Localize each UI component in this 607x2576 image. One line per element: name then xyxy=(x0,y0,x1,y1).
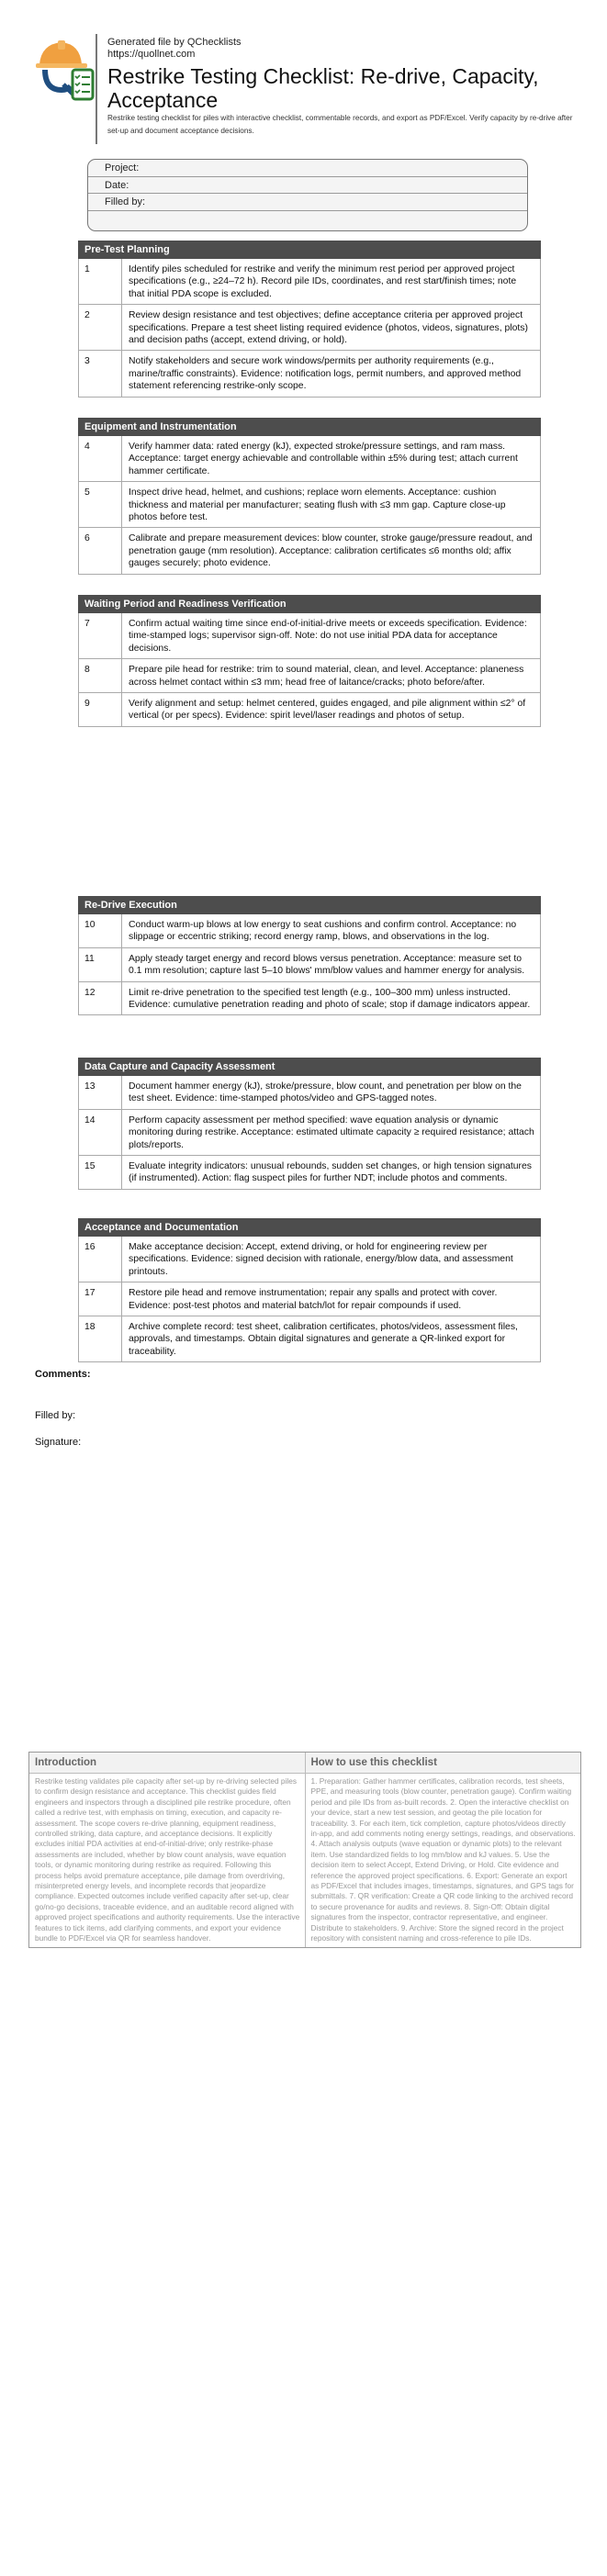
item-number: 9 xyxy=(79,693,122,726)
item-number: 10 xyxy=(79,914,122,947)
project-field[interactable]: Project: xyxy=(88,160,527,177)
section-acceptance-documentation: Acceptance and Documentation16Make accep… xyxy=(78,1218,541,1362)
item-number: 2 xyxy=(79,305,122,350)
section-header: Data Capture and Capacity Assessment xyxy=(78,1058,541,1076)
filled-by-field[interactable]: Filled by: xyxy=(88,194,527,211)
section-pre-test-planning: Pre-Test Planning1Identify piles schedul… xyxy=(78,241,541,398)
item-text: Calibrate and prepare measurement device… xyxy=(122,528,540,573)
item-number: 15 xyxy=(79,1156,122,1189)
item-number: 5 xyxy=(79,482,122,527)
checklist-item[interactable]: 9Verify alignment and setup: helmet cent… xyxy=(78,693,541,727)
how-to-use-text: 1. Preparation: Gather hammer certificat… xyxy=(306,1774,581,1947)
filled-by-label: Filled by: xyxy=(105,196,145,207)
item-text: Verify hammer data: rated energy (kJ), e… xyxy=(122,436,540,481)
section-data-capture-capacity: Data Capture and Capacity Assessment13Do… xyxy=(78,1058,541,1190)
item-text: Notify stakeholders and secure work wind… xyxy=(122,351,540,396)
item-number: 16 xyxy=(79,1237,122,1282)
date-label: Date: xyxy=(105,180,129,191)
checklist-item[interactable]: 3Notify stakeholders and secure work win… xyxy=(78,351,541,397)
item-text: Evaluate integrity indicators: unusual r… xyxy=(122,1156,540,1189)
checklist-item[interactable]: 5Inspect drive head, helmet, and cushion… xyxy=(78,482,541,528)
extra-field[interactable] xyxy=(88,211,527,228)
introduction-panel: Introduction Restrike testing validates … xyxy=(29,1753,306,1947)
item-number: 13 xyxy=(79,1076,122,1109)
checklist-item[interactable]: 1Identify piles scheduled for restrike a… xyxy=(78,259,541,305)
section-equipment-instrumentation: Equipment and Instrumentation4Verify ham… xyxy=(78,418,541,575)
checklist-item[interactable]: 2Review design resistance and test objec… xyxy=(78,305,541,351)
item-number: 3 xyxy=(79,351,122,396)
introduction-text: Restrike testing validates pile capacity… xyxy=(29,1774,305,1947)
date-field[interactable]: Date: xyxy=(88,177,527,195)
page-title: Restrike Testing Checklist: Re-drive, Ca… xyxy=(107,64,576,112)
section-header: Re-Drive Execution xyxy=(78,896,541,914)
how-to-use-panel: How to use this checklist 1. Preparation… xyxy=(306,1753,581,1947)
item-text: Perform capacity assessment per method s… xyxy=(122,1110,540,1155)
item-number: 7 xyxy=(79,613,122,658)
qchecklists-logo-icon xyxy=(32,37,96,101)
section-header: Pre-Test Planning xyxy=(78,241,541,259)
item-number: 6 xyxy=(79,528,122,573)
checklist-item[interactable]: 7Confirm actual waiting time since end-o… xyxy=(78,613,541,659)
page-description: Restrike testing checklist for piles wit… xyxy=(107,112,576,138)
checklist-item[interactable]: 6Calibrate and prepare measurement devic… xyxy=(78,528,541,574)
checklist-item[interactable]: 8Prepare pile head for restrike: trim to… xyxy=(78,659,541,693)
section-re-drive-execution: Re-Drive Execution10Conduct warm-up blow… xyxy=(78,896,541,1015)
item-number: 4 xyxy=(79,436,122,481)
filled-by-signoff-label: Filled by: xyxy=(35,1410,75,1421)
comments-label: Comments: xyxy=(35,1369,91,1380)
item-text: Apply steady target energy and record bl… xyxy=(122,948,540,981)
section-waiting-period-readiness: Waiting Period and Readiness Verificatio… xyxy=(78,595,541,727)
item-text: Review design resistance and test object… xyxy=(122,305,540,350)
item-text: Confirm actual waiting time since end-of… xyxy=(122,613,540,658)
checklist-item[interactable]: 12Limit re-drive penetration to the spec… xyxy=(78,982,541,1016)
checklist-item[interactable]: 10Conduct warm-up blows at low energy to… xyxy=(78,914,541,948)
checklist-item[interactable]: 17Restore pile head and remove instrumen… xyxy=(78,1282,541,1316)
checklist-item[interactable]: 4Verify hammer data: rated energy (kJ), … xyxy=(78,436,541,482)
item-number: 17 xyxy=(79,1282,122,1316)
checklist-item[interactable]: 15Evaluate integrity indicators: unusual… xyxy=(78,1156,541,1190)
item-text: Document hammer energy (kJ), stroke/pres… xyxy=(122,1076,540,1109)
item-text: Prepare pile head for restrike: trim to … xyxy=(122,659,540,692)
how-to-use-heading: How to use this checklist xyxy=(306,1753,581,1774)
document-fields-box: Project: Date: Filled by: xyxy=(87,159,528,231)
item-text: Limit re-drive penetration to the specif… xyxy=(122,982,540,1015)
item-text: Archive complete record: test sheet, cal… xyxy=(122,1316,540,1361)
item-text: Identify piles scheduled for restrike an… xyxy=(122,259,540,304)
item-number: 1 xyxy=(79,259,122,304)
checklist-item[interactable]: 14Perform capacity assessment per method… xyxy=(78,1110,541,1156)
generated-by-text: Generated file by QChecklists xyxy=(107,37,576,49)
header-divider xyxy=(96,34,97,144)
project-label: Project: xyxy=(105,162,139,174)
item-text: Inspect drive head, helmet, and cushions… xyxy=(122,482,540,527)
item-text: Make acceptance decision: Accept, extend… xyxy=(122,1237,540,1282)
item-text: Conduct warm-up blows at low energy to s… xyxy=(122,914,540,947)
checklist-item[interactable]: 16Make acceptance decision: Accept, exte… xyxy=(78,1237,541,1282)
checklist-item[interactable]: 11Apply steady target energy and record … xyxy=(78,948,541,982)
item-number: 12 xyxy=(79,982,122,1015)
introduction-heading: Introduction xyxy=(29,1753,305,1774)
item-number: 18 xyxy=(79,1316,122,1361)
item-number: 14 xyxy=(79,1110,122,1155)
signature-label: Signature: xyxy=(35,1437,81,1448)
section-header: Equipment and Instrumentation xyxy=(78,418,541,436)
item-text: Verify alignment and setup: helmet cente… xyxy=(122,693,540,726)
checklist-item[interactable]: 13Document hammer energy (kJ), stroke/pr… xyxy=(78,1076,541,1110)
checklist-item[interactable]: 18Archive complete record: test sheet, c… xyxy=(78,1316,541,1362)
info-box: Introduction Restrike testing validates … xyxy=(28,1752,581,1948)
item-number: 8 xyxy=(79,659,122,692)
section-header: Acceptance and Documentation xyxy=(78,1218,541,1237)
source-url-link[interactable]: https://quollnet.com xyxy=(107,49,576,61)
section-header: Waiting Period and Readiness Verificatio… xyxy=(78,595,541,613)
item-number: 11 xyxy=(79,948,122,981)
item-text: Restore pile head and remove instrumenta… xyxy=(122,1282,540,1316)
